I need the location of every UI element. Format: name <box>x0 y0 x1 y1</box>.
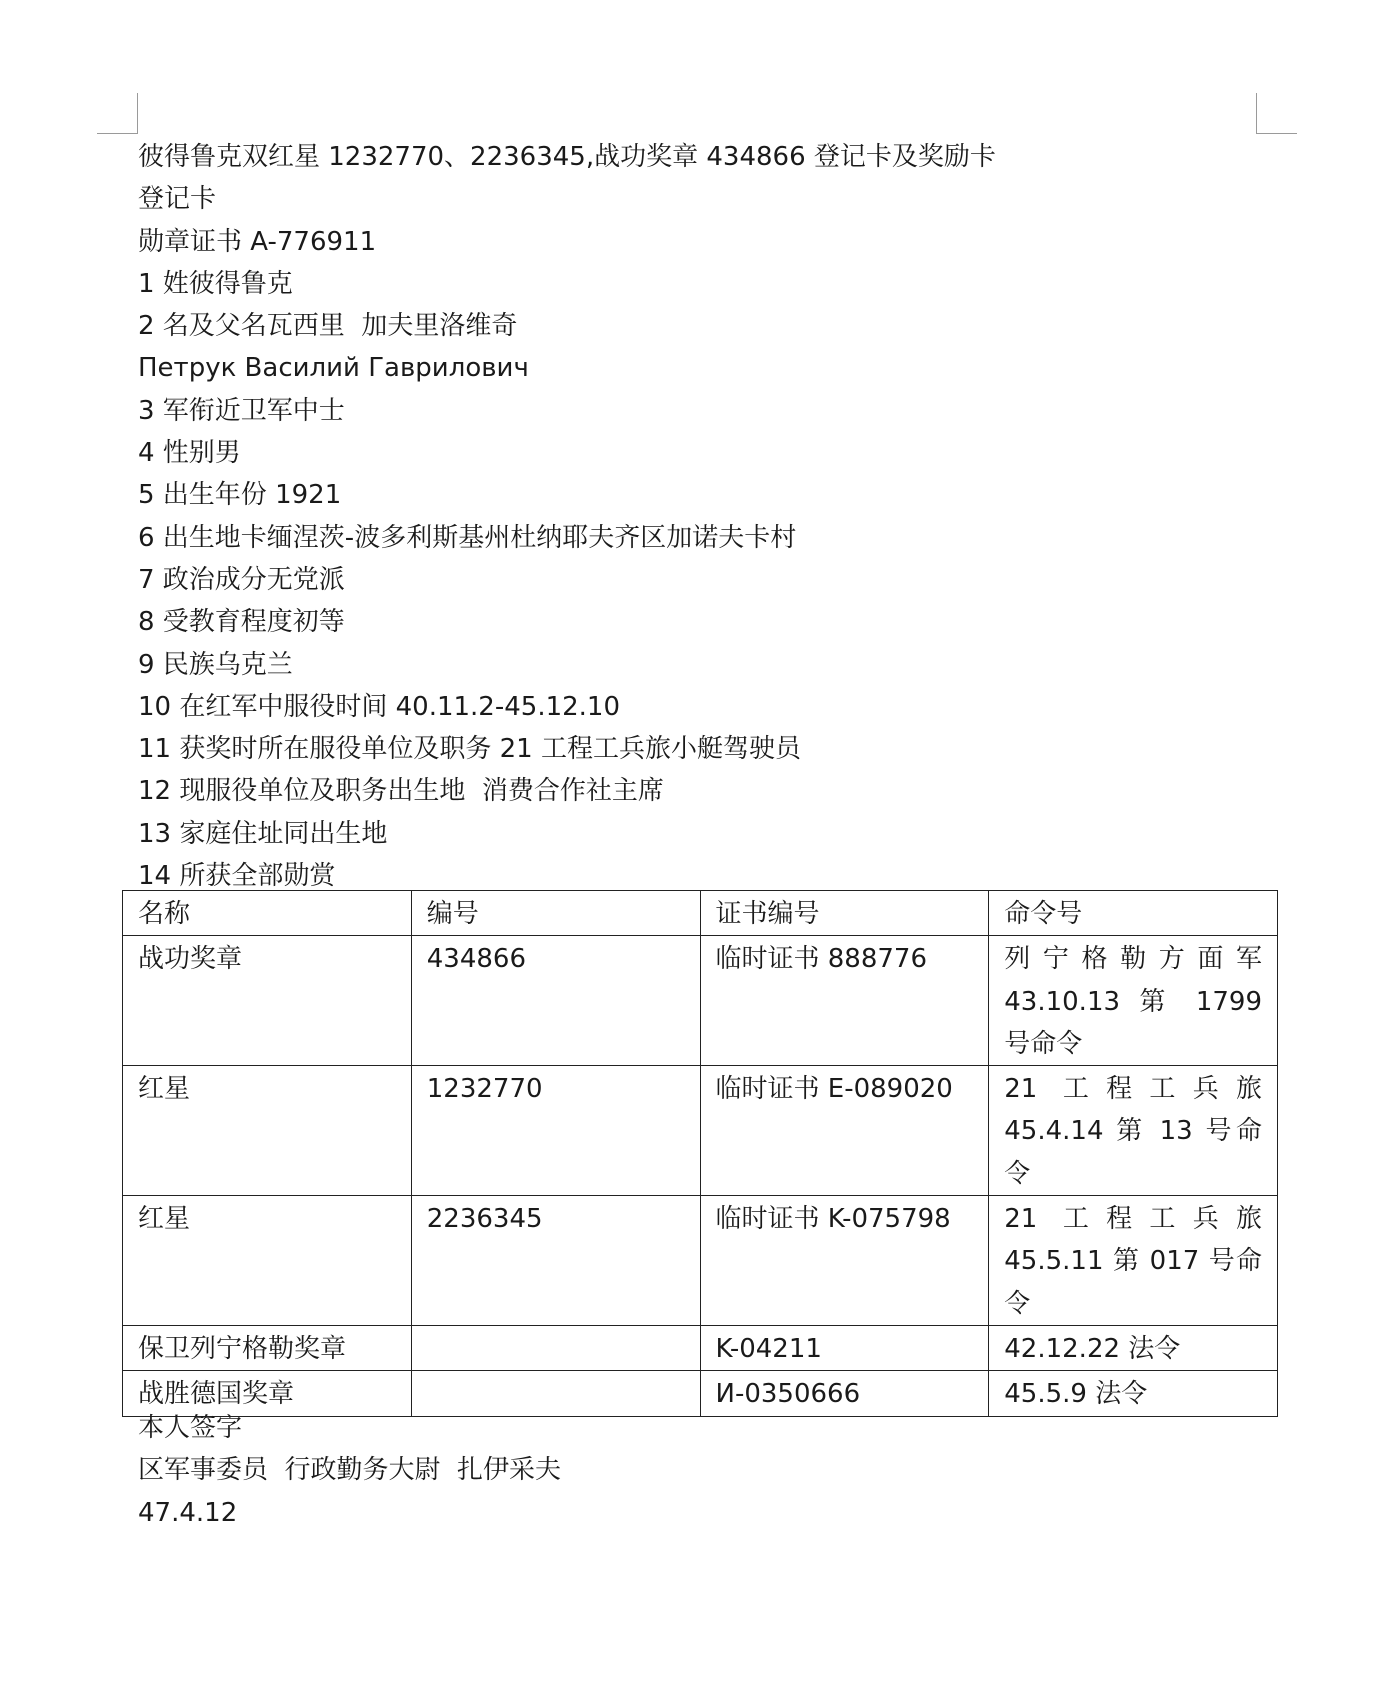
cell-certificate: 临时证书 K-075798 <box>700 1196 989 1326</box>
document-subtitle: 登记卡 <box>138 178 1278 220</box>
cell-number: 434866 <box>411 936 700 1066</box>
signature-block: 本人签字 区军事委员 行政勤务大尉 扎伊采夫 47.4.12 <box>138 1407 1038 1534</box>
cell-order: 列宁格勒方面军 43.10.13 第 1799 号命令 <box>989 936 1278 1066</box>
cell-name: 战功奖章 <box>123 936 412 1066</box>
certificate-number: 勋章证书 A-776911 <box>138 221 1278 263</box>
field-education: 8 受教育程度初等 <box>138 601 1278 643</box>
document-body: 彼得鲁克双红星 1232770、2236345,战功奖章 434866 登记卡及… <box>138 136 1278 897</box>
field-home-address: 13 家庭住址同出生地 <box>138 813 1278 855</box>
page-corner-mark-left <box>97 93 138 134</box>
header-order: 命令号 <box>989 891 1278 936</box>
cell-number: 1232770 <box>411 1066 700 1196</box>
field-service-period: 10 在红军中服役时间 40.11.2-45.12.10 <box>138 686 1278 728</box>
cell-certificate: K-04211 <box>700 1325 989 1370</box>
cell-name: 红星 <box>123 1066 412 1196</box>
cell-order: 42.12.22 法令 <box>989 1325 1278 1370</box>
cell-order: 21 工程工兵旅 45.5.11 第 017 号命令 <box>989 1196 1278 1326</box>
table-row: 战功奖章 434866 临时证书 888776 列宁格勒方面军 43.10.13… <box>123 936 1278 1066</box>
field-nationality: 9 民族乌克兰 <box>138 644 1278 686</box>
signature-date: 47.4.12 <box>138 1492 1038 1534</box>
cell-certificate: 临时证书 888776 <box>700 936 989 1066</box>
cell-number: 2236345 <box>411 1196 700 1326</box>
field-party: 7 政治成分无党派 <box>138 559 1278 601</box>
field-name-patronymic: 2 名及父名瓦西里 加夫里洛维奇 <box>138 305 1278 347</box>
field-birthplace: 6 出生地卡缅涅茨-波多利斯基州杜纳耶夫齐区加诺夫卡村 <box>138 517 1278 559</box>
table-row: 红星 2236345 临时证书 K-075798 21 工程工兵旅 45.5.1… <box>123 1196 1278 1326</box>
page-corner-mark-right <box>1256 93 1297 134</box>
cell-number <box>411 1325 700 1370</box>
field-birth-year: 5 出生年份 1921 <box>138 474 1278 516</box>
header-name: 名称 <box>123 891 412 936</box>
header-number: 编号 <box>411 891 700 936</box>
table-row: 保卫列宁格勒奖章 K-04211 42.12.22 法令 <box>123 1325 1278 1370</box>
cell-order: 21 工程工兵旅 45.4.14 第 13 号命令 <box>989 1066 1278 1196</box>
header-certificate: 证书编号 <box>700 891 989 936</box>
awards-table: 名称 编号 证书编号 命令号 战功奖章 434866 临时证书 888776 列… <box>122 890 1278 1417</box>
document-title: 彼得鲁克双红星 1232770、2236345,战功奖章 434866 登记卡及… <box>138 136 1278 178</box>
cell-name: 保卫列宁格勒奖章 <box>123 1325 412 1370</box>
field-name-russian: Петрук Василий Гаврилович <box>138 347 1278 389</box>
field-rank: 3 军衔近卫军中士 <box>138 390 1278 432</box>
table-header-row: 名称 编号 证书编号 命令号 <box>123 891 1278 936</box>
official-signature: 区军事委员 行政勤务大尉 扎伊采夫 <box>138 1449 1038 1491</box>
signature-label: 本人签字 <box>138 1407 1038 1449</box>
field-current-unit: 12 现服役单位及职务出生地 消费合作社主席 <box>138 770 1278 812</box>
cell-name: 红星 <box>123 1196 412 1326</box>
cell-certificate: 临时证书 E-089020 <box>700 1066 989 1196</box>
field-surname: 1 姓彼得鲁克 <box>138 263 1278 305</box>
table-row: 红星 1232770 临时证书 E-089020 21 工程工兵旅 45.4.1… <box>123 1066 1278 1196</box>
field-gender: 4 性别男 <box>138 432 1278 474</box>
field-unit-at-award: 11 获奖时所在服役单位及职务 21 工程工兵旅小艇驾驶员 <box>138 728 1278 770</box>
